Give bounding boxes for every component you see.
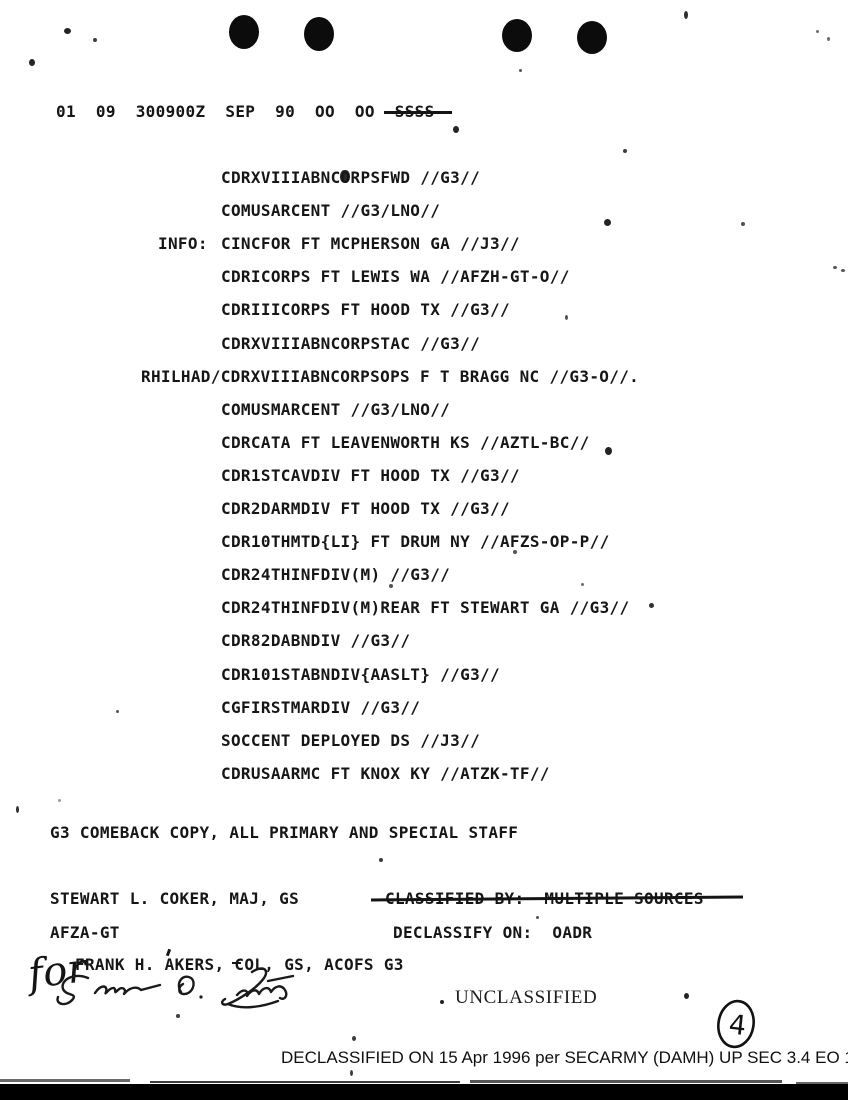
ink-speck [536, 916, 539, 919]
ink-speck [176, 1014, 180, 1018]
ink-speck [581, 583, 584, 586]
ink-speck [833, 266, 837, 269]
distribution-line: COMUSARCENT //G3/LNO// [221, 203, 440, 219]
ink-speck [623, 149, 627, 153]
distribution-line: CGFIRSTMARDIV //G3// [221, 700, 420, 716]
page-number-circle: 4 [715, 999, 757, 1050]
scan-edge-artifact [0, 1079, 130, 1082]
ink-speck [513, 550, 517, 554]
binder-hole-mark [229, 15, 259, 49]
handwritten-signature [58, 968, 293, 1007]
office-symbol-line: AFZA-GT [50, 925, 120, 941]
ink-speck [684, 993, 689, 999]
distribution-line: CDRXVIIIABNCORPSFWD //G3// [221, 170, 480, 186]
ink-speck [605, 447, 612, 455]
distribution-line: CDR82DABNDIV //G3// [221, 633, 410, 649]
scan-edge-artifact [150, 1081, 460, 1083]
declassified-note: DECLASSIFIED ON 15 Apr 1996 per SECARMY … [281, 1049, 848, 1067]
distribution-line: RHILHAD/CDRXVIIIABNCORPSOPS F T BRAGG NC… [141, 369, 639, 385]
distribution-line: CDRUSAARMC FT KNOX KY //ATZK-TF// [221, 766, 550, 782]
date-line-text: 01 09 300900Z SEP 90 OO OO [56, 102, 395, 121]
declassify-on-line: DECLASSIFY ON: OADR [393, 925, 592, 941]
distribution-line: CDRICORPS FT LEWIS WA //AFZH-GT-O// [221, 269, 570, 285]
binder-hole-mark [502, 19, 532, 52]
ink-speck [519, 69, 522, 72]
ink-speck [16, 806, 19, 813]
ink-speck [64, 28, 71, 34]
typewriter-overstrike-mark [340, 170, 350, 183]
ink-speck [453, 126, 459, 133]
page-number-text: 4 [727, 1009, 747, 1042]
scanned-document-page: 01 09 300900Z SEP 90 OO OO SSSS INFO: CD… [0, 0, 848, 1100]
distribution-line: CDR24THINFDIV(M)REAR FT STEWART GA //G3/… [221, 600, 629, 616]
distribution-line: CDR2DARMDIV FT HOOD TX //G3// [221, 501, 510, 517]
binder-hole-mark [577, 21, 607, 54]
ink-speck [379, 858, 383, 862]
scan-edge-artifact [470, 1080, 782, 1083]
strikethrough-line [384, 111, 452, 114]
distribution-line: CDR1STCAVDIV FT HOOD TX //G3// [221, 468, 520, 484]
ink-speck [841, 269, 845, 272]
ink-speck [741, 222, 745, 226]
message-date-line: 01 09 300900Z SEP 90 OO OO SSSS [56, 104, 435, 120]
ink-speck [352, 1036, 356, 1041]
info-label: INFO: [158, 236, 208, 252]
ink-speck [116, 710, 119, 713]
ink-speck [440, 1000, 444, 1004]
distribution-line: CDR10THMTD{LI} FT DRUM NY //AFZS-OP-P// [221, 534, 610, 550]
distribution-line: SOCCENT DEPLOYED DS //J3// [221, 733, 480, 749]
ink-speck [649, 603, 654, 608]
ink-speck [827, 37, 830, 41]
scan-bottom-bar [0, 1084, 848, 1100]
ink-speck [58, 799, 61, 802]
ink-speck [389, 584, 393, 588]
ink-speck [816, 30, 819, 33]
distribution-line: CDR24THINFDIV(M) //G3// [221, 567, 450, 583]
distribution-line: CINCFOR FT MCPHERSON GA //J3// [221, 236, 520, 252]
ink-speck [350, 1070, 353, 1076]
ink-speck [604, 219, 611, 226]
distribution-line: CDRIIICORPS FT HOOD TX //G3// [221, 302, 510, 318]
distribution-line: CDRXVIIIABNCORPSTAC //G3// [221, 336, 480, 352]
binder-hole-mark [304, 17, 334, 51]
unclassified-stamp: UNCLASSIFIED [455, 988, 597, 1007]
ink-speck [93, 38, 97, 42]
ink-speck [565, 315, 568, 320]
typewriter-overstrike-mark [232, 962, 241, 964]
distribution-line: CDR101STABNDIV{AASLT} //G3// [221, 667, 500, 683]
releaser-name-line: FRANK H. AKERS, COL, GS, ACOFS G3 [75, 957, 404, 973]
ink-speck [29, 59, 35, 66]
distribution-line: COMUSMARCENT //G3/LNO// [221, 402, 450, 418]
distribution-line: CDRCATA FT LEAVENWORTH KS //AZTL-BC// [221, 435, 590, 451]
comeback-copy-line: G3 COMEBACK COPY, ALL PRIMARY AND SPECIA… [50, 825, 518, 841]
ink-speck [684, 11, 688, 19]
drafter-name-line: STEWART L. COKER, MAJ, GS [50, 891, 299, 907]
